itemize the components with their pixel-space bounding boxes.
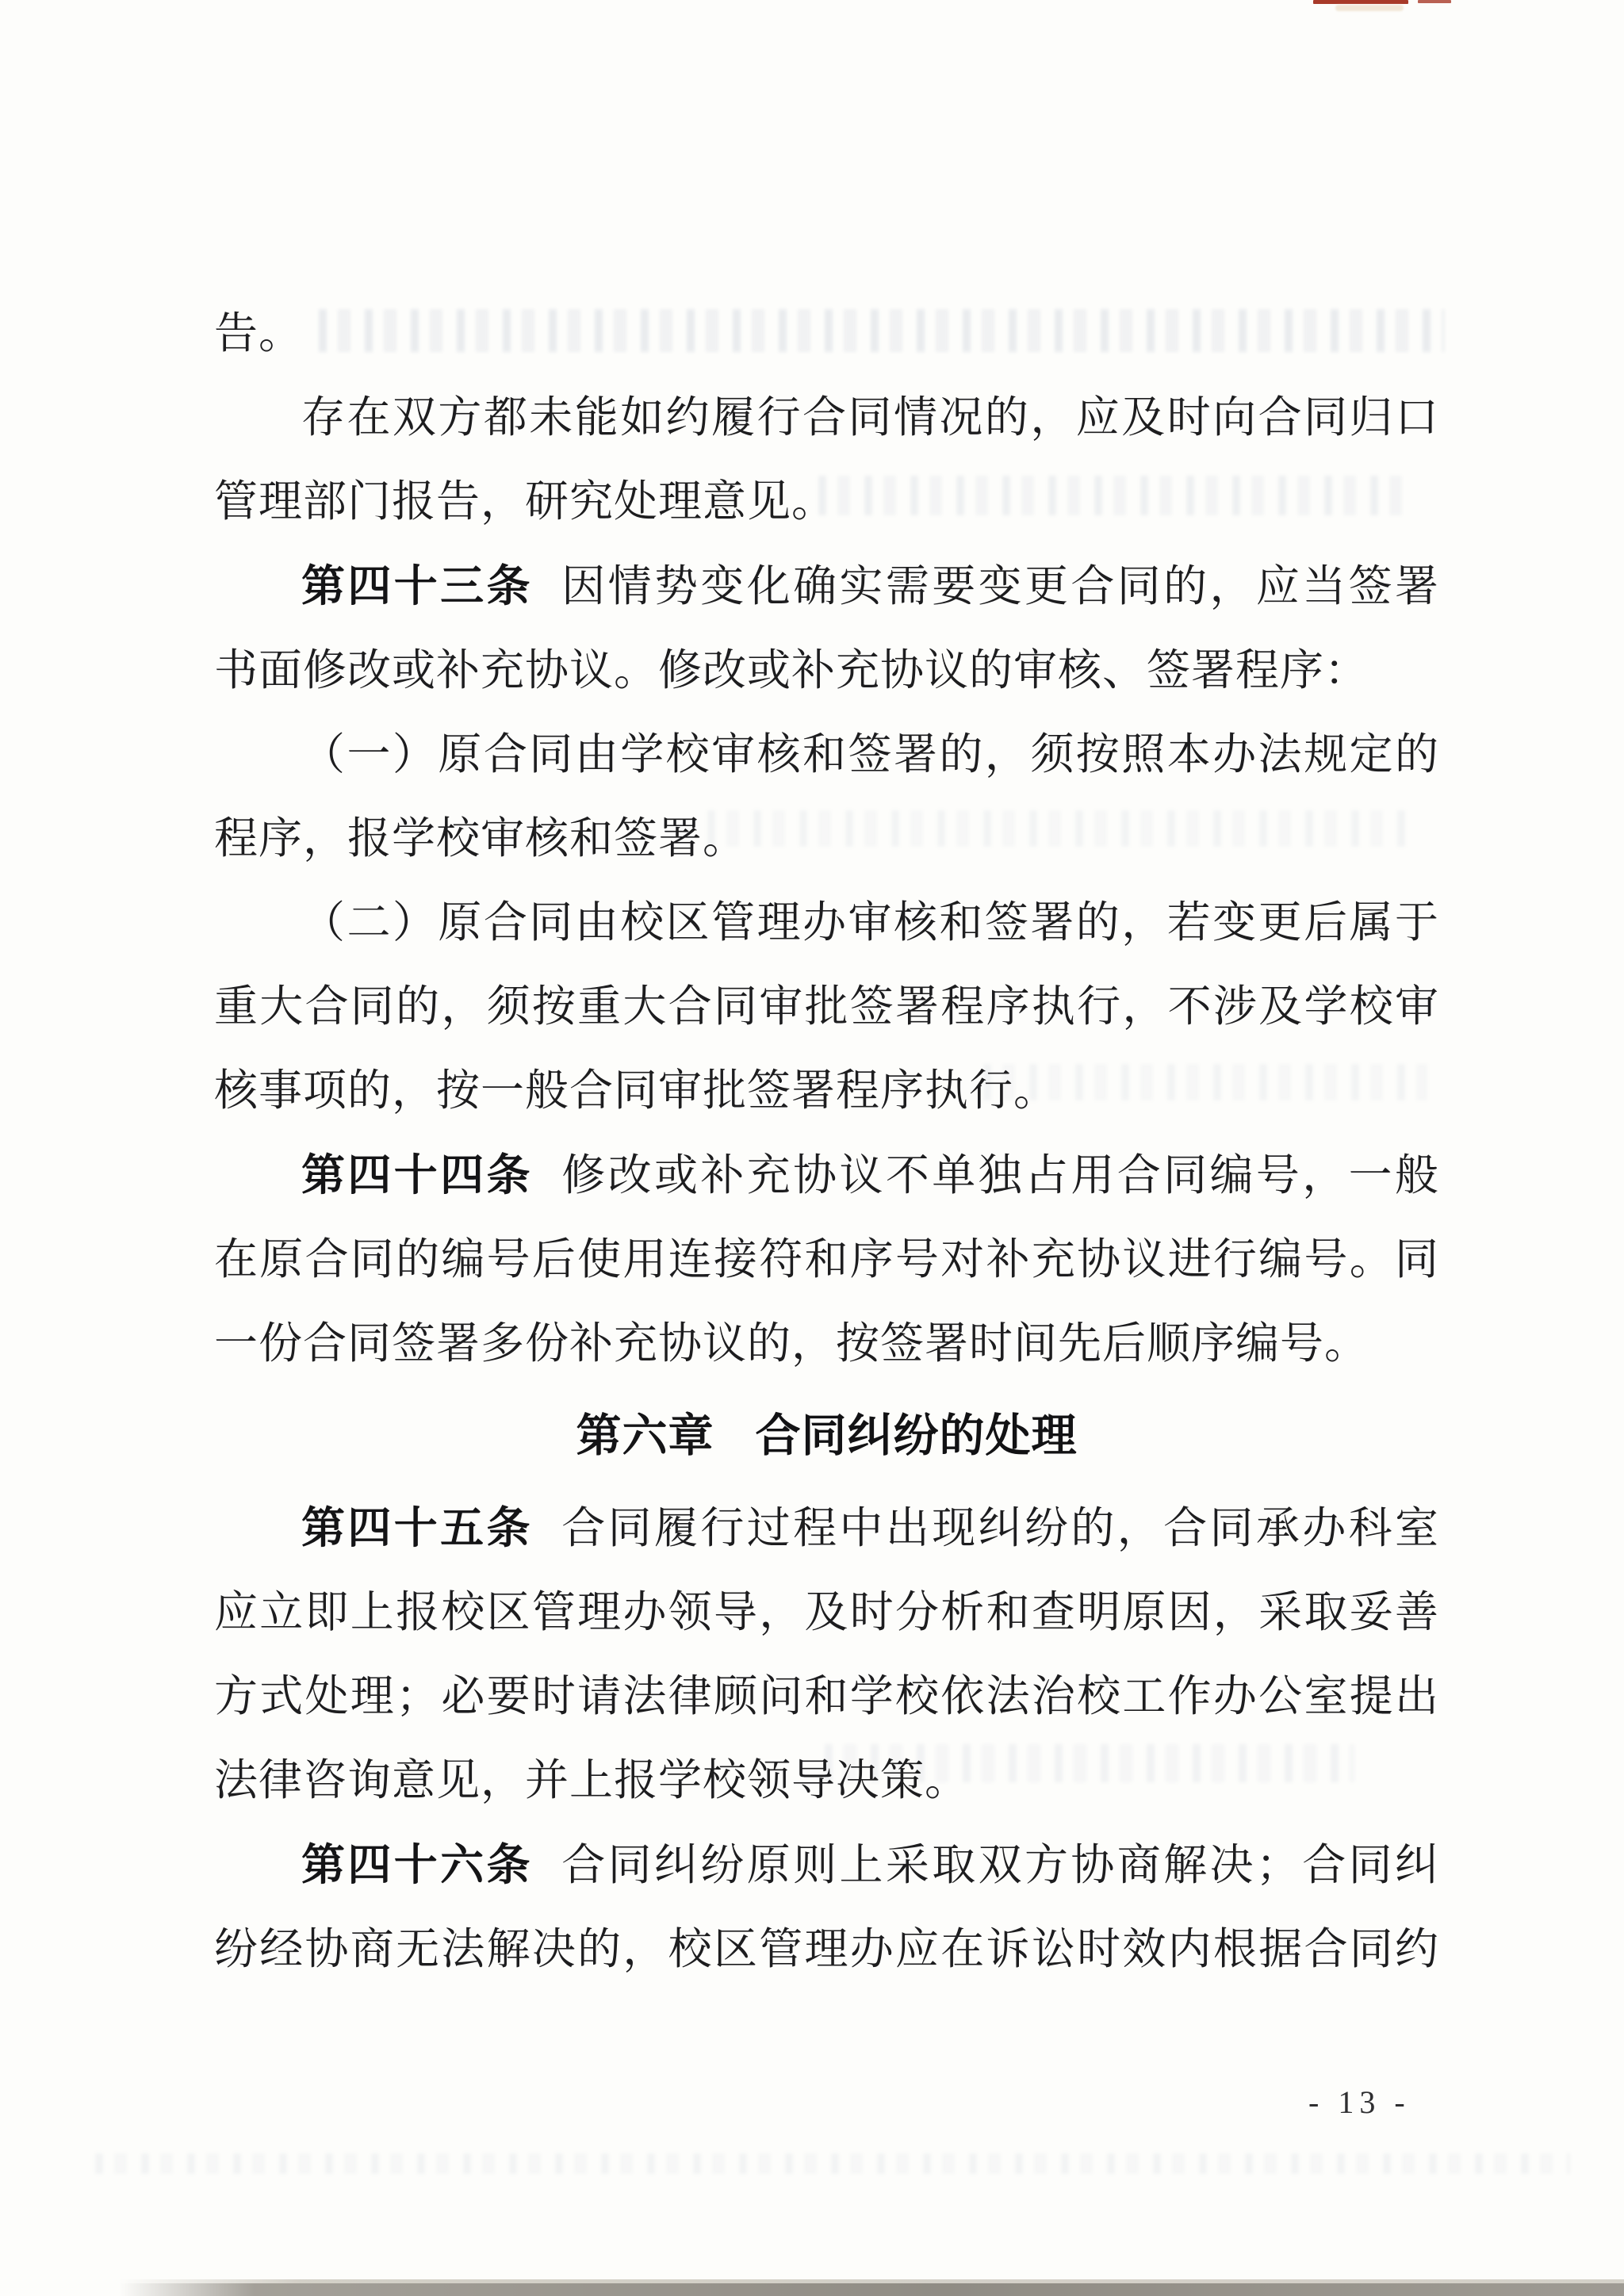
- text-line: 一份合同签署多份补充协议的，按签署时间先后顺序编号。: [214, 1302, 1439, 1386]
- line-text: （一）原合同由学校审核和签署的，须按照本办法规定的: [301, 730, 1439, 779]
- text-line: 第四十五条合同履行过程中出现纠纷的，合同承办科室: [214, 1486, 1439, 1571]
- scan-edge-shadow: [119, 2283, 1624, 2296]
- text-line: 书面修改或补充协议。修改或补充协议的审核、签署程序：: [214, 629, 1439, 713]
- text-line: 第四十六条合同纠纷原则上采取双方协商解决；合同纠: [214, 1823, 1439, 1908]
- text-line: 告。: [214, 292, 1439, 376]
- line-text: 重大合同的，须按重大合同审批签署程序执行，不涉及学校审: [214, 982, 1439, 1031]
- text-line: 第四十四条修改或补充协议不单独占用合同编号，一般: [214, 1133, 1439, 1218]
- text-line: （一）原合同由学校审核和签署的，须按照本办法规定的: [214, 713, 1439, 797]
- article-number: 第四十六条: [301, 1840, 533, 1889]
- line-text: 因情势变化确实需要变更合同的，应当签署: [560, 562, 1439, 610]
- line-text: 应立即上报校区管理办领导，及时分析和查明原因，采取妥善: [214, 1588, 1439, 1636]
- text-line: 法律咨询意见，并上报学校领导决策。: [214, 1739, 1439, 1823]
- red-ink-artifact: [1418, 0, 1451, 3]
- text-line: 应立即上报校区管理办领导，及时分析和查明原因，采取妥善: [214, 1571, 1439, 1655]
- document-page: 告。存在双方都未能如约履行合同情况的，应及时向合同归口管理部门报告，研究处理意见…: [0, 0, 1624, 2296]
- text-line: 程序，报学校审核和签署。: [214, 797, 1439, 881]
- line-text: 一份合同签署多份补充协议的，按签署时间先后顺序编号。: [214, 1319, 1369, 1368]
- line-text: 方式处理；必要时请法律顾问和学校依法治校工作办公室提出: [214, 1672, 1439, 1720]
- line-text: 存在双方都未能如约履行合同情况的，应及时向合同归口: [301, 393, 1439, 442]
- line-text: 合同纠纷的处理: [756, 1410, 1078, 1461]
- text-line: 管理部门报告，研究处理意见。: [214, 460, 1439, 544]
- line-text: 告。: [214, 309, 303, 358]
- chapter-number: 第六章: [576, 1410, 714, 1461]
- line-text: 管理部门报告，研究处理意见。: [214, 477, 836, 526]
- text-line: 在原合同的编号后使用连接符和序号对补充协议进行编号。同: [214, 1218, 1439, 1302]
- line-text: 核事项的，按一般合同审批签署程序执行。: [214, 1066, 1058, 1115]
- text-line: 重大合同的，须按重大合同审批签署程序执行，不涉及学校审: [214, 965, 1439, 1049]
- text-line: 核事项的，按一般合同审批签署程序执行。: [214, 1049, 1439, 1133]
- line-text: 合同纠纷原则上采取双方协商解决；合同纠: [560, 1841, 1439, 1889]
- document-body: 告。存在双方都未能如约履行合同情况的，应及时向合同归口管理部门报告，研究处理意见…: [214, 292, 1439, 1992]
- article-number: 第四十三条: [301, 561, 533, 610]
- red-ink-artifact: [1313, 0, 1408, 4]
- text-line: 存在双方都未能如约履行合同情况的，应及时向合同归口: [214, 376, 1439, 460]
- article-number: 第四十五条: [301, 1503, 533, 1552]
- article-number: 第四十四条: [301, 1150, 533, 1200]
- line-text: 纷经协商无法解决的，校区管理办应在诉讼时效内根据合同约: [214, 1925, 1439, 1973]
- text-line: （二）原合同由校区管理办审核和签署的，若变更后属于: [214, 881, 1439, 965]
- line-text: 在原合同的编号后使用连接符和序号对补充协议进行编号。同: [214, 1235, 1439, 1284]
- smudge-artifact: [1335, 5, 1404, 11]
- chapter-heading: 第六章合同纠纷的处理: [214, 1394, 1439, 1478]
- bleed-through-artifact: [95, 2153, 1570, 2174]
- line-text: 书面修改或补充协议。修改或补充协议的审核、签署程序：: [214, 646, 1369, 695]
- text-line: 纷经协商无法解决的，校区管理办应在诉讼时效内根据合同约: [214, 1908, 1439, 1992]
- line-text: 修改或补充协议不单独占用合同编号，一般: [560, 1151, 1439, 1200]
- page-number: - 13 -: [1308, 2084, 1411, 2121]
- line-text: 法律咨询意见，并上报学校领导决策。: [214, 1756, 969, 1804]
- line-text: （二）原合同由校区管理办审核和签署的，若变更后属于: [301, 898, 1439, 947]
- text-line: 方式处理；必要时请法律顾问和学校依法治校工作办公室提出: [214, 1655, 1439, 1739]
- line-text: 程序，报学校审核和签署。: [214, 814, 747, 863]
- text-line: 第四十三条因情势变化确实需要变更合同的，应当签署: [214, 544, 1439, 629]
- line-text: 合同履行过程中出现纠纷的，合同承办科室: [560, 1504, 1439, 1552]
